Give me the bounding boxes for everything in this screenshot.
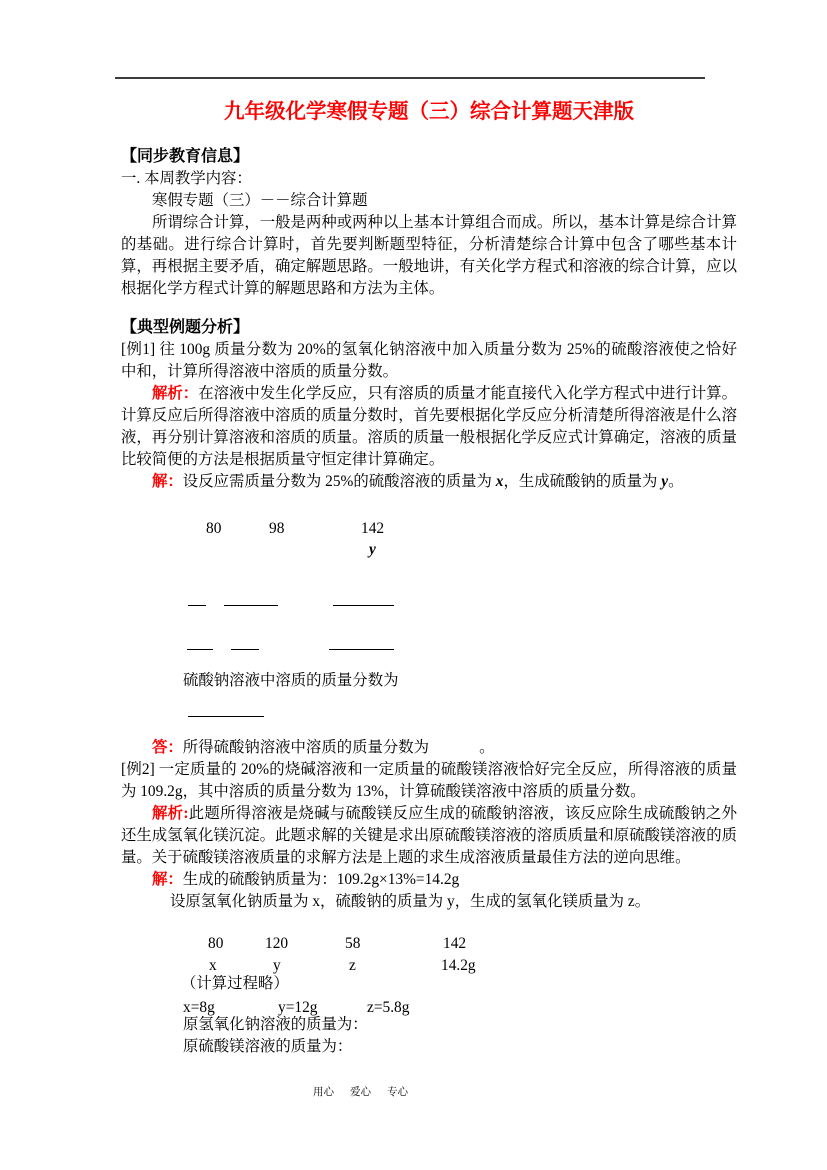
footer-word: 用心 — [313, 1085, 334, 1100]
example2-solution-line1: 解：生成的硫酸钠质量为：109.2g×13%=14.2g — [121, 869, 737, 891]
fraction-bar — [188, 605, 206, 606]
document-page: 九年级化学寒假专题（三）综合计算题天津版 【同步教育信息】 一. 本周教学内容：… — [0, 0, 827, 1170]
analysis-label: 解析： — [152, 385, 198, 402]
solution-label: 解： — [152, 871, 183, 888]
fraction-bar — [224, 605, 278, 606]
example1-analysis: 解析：在溶液中发生化学反应，只有溶质的质量才能直接代入化学方程式中进行计算。计算… — [121, 383, 737, 471]
molar-mass-h2so4: 98 — [269, 518, 284, 540]
header-rule — [115, 77, 705, 79]
solution-prefix: 设反应需质量分数为 25%的硫酸溶液的质量为 — [183, 473, 496, 490]
fraction-bar — [231, 649, 259, 650]
molar-mass-na2so4: 142 — [443, 933, 466, 955]
footer-word: 爱心 — [350, 1085, 371, 1100]
solution-mid: ，生成硫酸钠的质量为 — [503, 473, 661, 490]
footer-word: 专心 — [387, 1085, 408, 1100]
known-mass: 14.2g — [441, 955, 476, 977]
analysis-text: 在溶液中发生化学反应，只有溶质的质量才能直接代入化学方程式中进行计算。计算反应后… — [121, 385, 737, 468]
analysis-text: 此题所得溶液是烧碱与硫酸镁反应生成的硫酸钠溶液，该反应除生成硫酸钠之外还生成氢氧… — [121, 805, 737, 866]
weekly-content-line: 一. 本周教学内容： — [121, 168, 737, 190]
solution-suffix: 。 — [668, 473, 683, 490]
section-header-sync-info: 【同步教育信息】 — [121, 146, 737, 168]
example1-equation-block: 80 98 142 y 硫酸钠溶液中溶质的质量分数为 — [121, 493, 737, 737]
page-title: 九年级化学寒假专题（三）综合计算题天津版 — [121, 96, 737, 128]
molar-mass-naoh: 80 — [208, 933, 223, 955]
fraction-bar — [333, 605, 394, 606]
equation-caption: 硫酸钠溶液中溶质的质量分数为 — [183, 670, 398, 692]
unknown-y: y — [369, 539, 376, 561]
example2-equation-block: 80 120 58 142 x y z 14.2g （计算过程略） x=8g y… — [121, 913, 737, 1070]
molar-mass-na2so4: 142 — [361, 518, 384, 540]
fraction-bar — [329, 649, 394, 650]
solution-text: 生成的硫酸钠质量为：109.2g×13%=14.2g — [183, 871, 459, 888]
unknown-z: z — [349, 955, 356, 977]
molar-mass-naoh: 80 — [206, 518, 221, 540]
analysis-label: 解析: — [152, 805, 188, 822]
naoh-solution-mass-line: 原氢氧化钠溶液的质量为： — [183, 1014, 368, 1036]
page-footer: 用心 爱心 专心 — [313, 1085, 408, 1100]
result-z: z=5.8g — [367, 997, 409, 1019]
example1-solution-line: 解：设反应需质量分数为 25%的硫酸溶液的质量为 x，生成硫酸钠的质量为 y。 — [121, 471, 737, 493]
example1-problem: [例1] 往 100g 质量分数为 20%的氢氧化钠溶液中加入质量分数为 25%… — [121, 339, 737, 383]
topic-line: 寒假专题（三）－－综合计算题 — [121, 190, 737, 212]
molar-mass-mgoh2: 58 — [345, 933, 360, 955]
example2-analysis: 解析:此题所得溶液是烧碱与硫酸镁反应生成的硫酸钠溶液，该反应除生成硫酸钠之外还生… — [121, 803, 737, 869]
answer-label: 答： — [152, 739, 183, 756]
section-header-examples: 【典型例题分析】 — [121, 317, 737, 339]
document-body: 【同步教育信息】 一. 本周教学内容： 寒假专题（三）－－综合计算题 所谓综合计… — [121, 146, 737, 1070]
answer-text: 所得硫酸钠溶液中溶质的质量分数为 — [183, 739, 429, 756]
example2-problem: [例2] 一定质量的 20%的烧碱溶液和一定质量的硫酸镁溶液恰好完全反应，所得溶… — [121, 759, 737, 803]
mgso4-solution-mass-line: 原硫酸镁溶液的质量为： — [183, 1036, 352, 1058]
molar-mass-mgso4: 120 — [265, 933, 288, 955]
answer-fraction-bar — [188, 716, 264, 717]
calc-omitted-note: （计算过程略） — [181, 973, 289, 995]
intro-paragraph: 所谓综合计算，一般是两种或两种以上基本计算组合而成。所以，基本计算是综合计算的基… — [121, 212, 737, 300]
solution-label: 解： — [152, 473, 183, 490]
example2-solution-line2: 设原氢氧化钠质量为 x，硫酸钠的质量为 y，生成的氢氧化镁质量为 z。 — [121, 891, 737, 913]
answer-suffix: 。 — [479, 739, 494, 756]
example1-answer-line: 答：所得硫酸钠溶液中溶质的质量分数为。 — [121, 737, 737, 759]
fraction-bar — [187, 649, 213, 650]
